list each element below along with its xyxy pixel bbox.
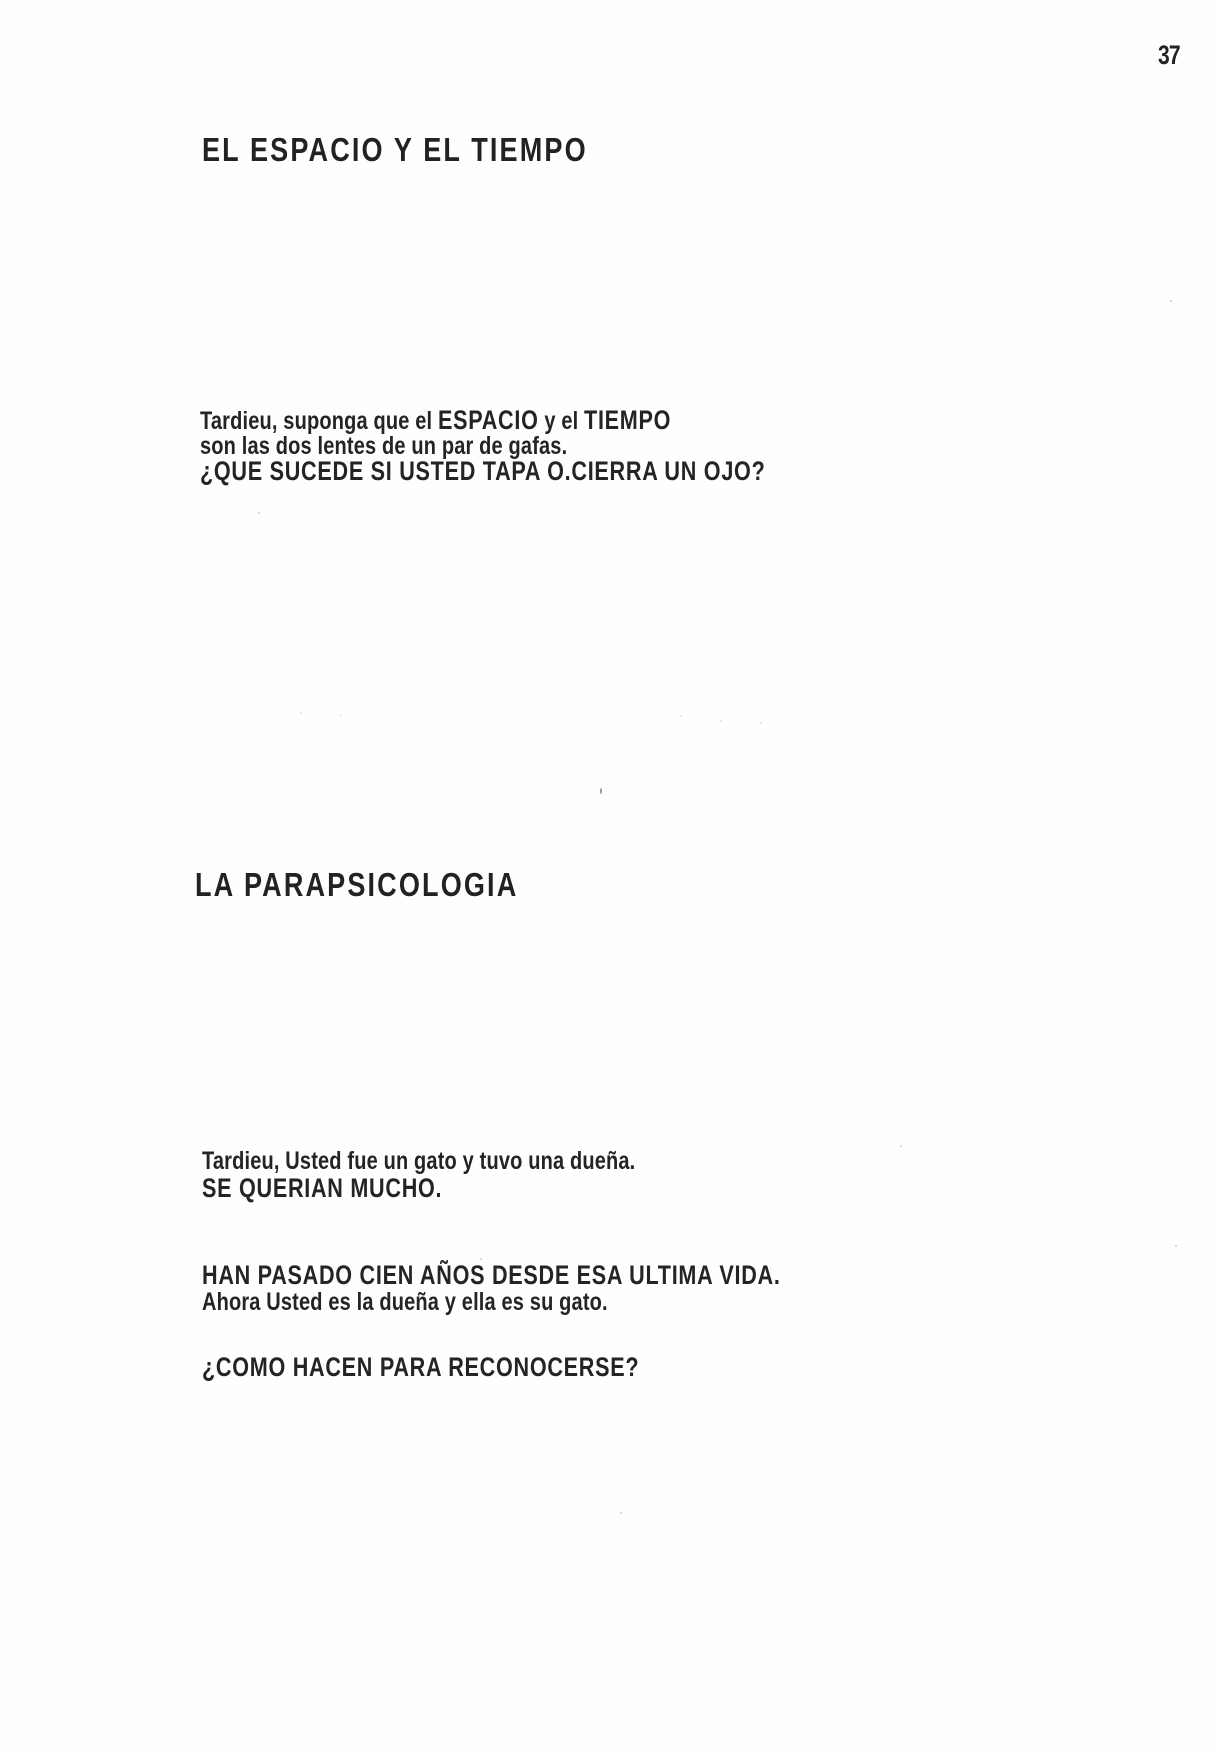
scan-speck [600, 788, 602, 794]
paragraph-question: ¿QUE SUCEDE SI USTED TAPA O.CIERRA UN OJ… [200, 459, 765, 485]
paragraph-question: ¿COMO HACEN PARA RECONOCERSE? [202, 1354, 639, 1381]
text-run: y el [539, 407, 584, 435]
paragraph-espacio-tiempo: Tardieu, suponga que el ESPACIO y el TIE… [200, 408, 765, 485]
text-run: Tardieu, suponga que el [200, 407, 438, 435]
scan-speck [680, 715, 682, 717]
scan-speck [900, 1145, 902, 1147]
document-page: 37 EL ESPACIO Y EL TIEMPO Tardieu, supon… [0, 0, 1218, 1750]
scan-speck [1170, 300, 1172, 302]
paragraph-cien-anos: HAN PASADO CIEN AÑOS DESDE ESA ULTIMA VI… [202, 1262, 781, 1316]
text-run-emphasis: TIEMPO [584, 405, 671, 435]
scan-speck [760, 722, 762, 724]
scan-speck [340, 714, 342, 716]
paragraph-question-reconocerse: ¿COMO HACEN PARA RECONOCERSE? [202, 1354, 639, 1381]
scan-speck [480, 1258, 482, 1260]
paragraph-line: HAN PASADO CIEN AÑOS DESDE ESA ULTIMA VI… [202, 1262, 781, 1289]
page-number: 37 [1158, 40, 1180, 71]
text-run-emphasis: ESPACIO [438, 405, 539, 435]
scan-speck [258, 512, 260, 514]
scan-speck [620, 1512, 622, 1514]
section-heading-parapsicologia: LA PARAPSICOLOGIA [195, 866, 518, 904]
scan-speck [300, 712, 302, 714]
paragraph-line: Tardieu, suponga que el ESPACIO y el TIE… [200, 408, 765, 434]
scan-speck [720, 720, 722, 722]
paragraph-line: SE QUERIAN MUCHO. [202, 1175, 635, 1202]
paragraph-line: Tardieu, Usted fue un gato y tuvo una du… [202, 1148, 635, 1175]
paragraph-line: Ahora Usted es la dueña y ella es su gat… [202, 1289, 781, 1316]
section-heading-espacio-tiempo: EL ESPACIO Y EL TIEMPO [202, 131, 588, 169]
paragraph-gato-duena: Tardieu, Usted fue un gato y tuvo una du… [202, 1148, 635, 1202]
scan-speck [1175, 1245, 1177, 1247]
